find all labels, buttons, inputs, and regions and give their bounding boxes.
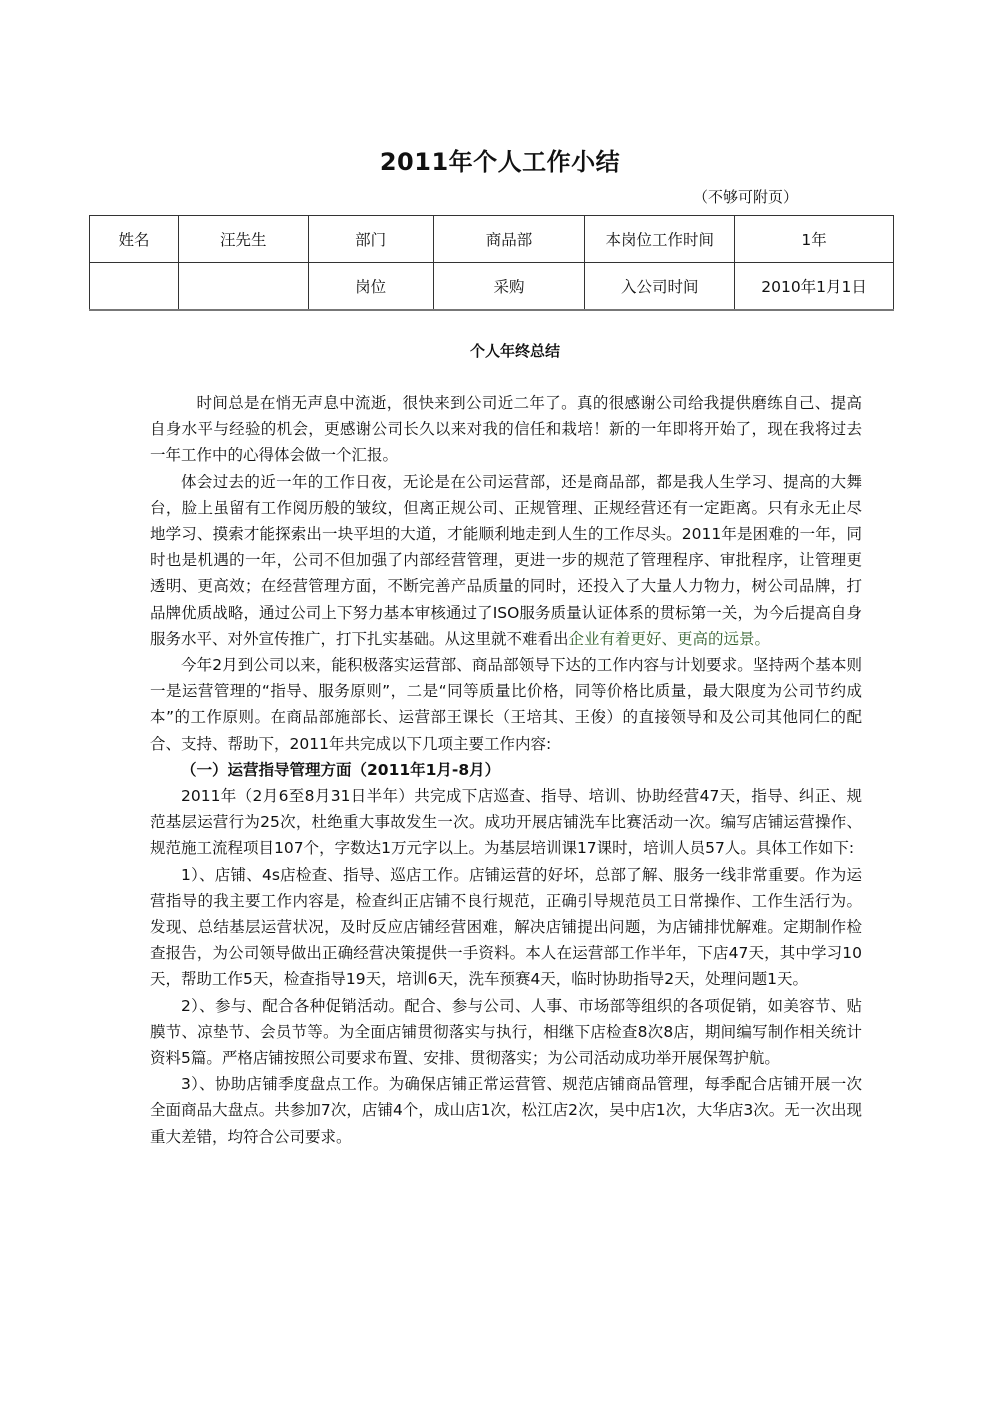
paragraph-item-2: 2）、参与、配合各种促销活动。配合、参与公司、人事、市场部等组织的各项促销，如美… — [150, 993, 862, 1072]
paragraph-text: 3）、协助店铺季度盘点工作。为确保店铺正常运营管、规范店铺商品管理，每季配合店铺… — [150, 1075, 862, 1145]
tenure-value-cell: 1年 — [735, 216, 894, 263]
paragraph-text: 今年2月到公司以来，能积极落实运营部、商品部领导下达的工作内容与计划要求。坚持两… — [150, 656, 862, 753]
highlighted-text: 企业有着更好、更高的远景。 — [569, 630, 771, 648]
paragraph-summary: 2011年（2月6至8月31日半年）共完成下店巡查、指导、培训、协助经营47天，… — [150, 783, 862, 862]
document-body: 时间总是在悄无声息中流逝，很快来到公司近二年了。真的很感谢公司给我提供磨练自己、… — [150, 390, 862, 1150]
department-value-cell: 商品部 — [433, 216, 585, 263]
section-title: 个人年终总结 — [0, 340, 1000, 361]
name-value-cell: 汪先生 — [178, 216, 308, 263]
paragraph-intro: 时间总是在悄无声息中流逝，很快来到公司近二年了。真的很感谢公司给我提供磨练自己、… — [150, 390, 862, 469]
heading-text: （一）运营指导管理方面（2011年1月-8月） — [181, 761, 500, 779]
document-title: 2011年个人工作小结 — [0, 142, 1000, 177]
paragraph-reflection: 体会过去的近一年的工作日夜，无论是在公司运营部，还是商品部，都是我人生学习、提高… — [150, 469, 862, 652]
paragraph-text: 2011年（2月6至8月31日半年）共完成下店巡查、指导、培训、协助经营47天，… — [150, 787, 862, 857]
empty-cell — [90, 263, 179, 311]
personal-info-table: 姓名 汪先生 部门 商品部 本岗位工作时间 1年 岗位 采购 入公司时间 201… — [89, 215, 894, 311]
paragraph-text: 体会过去的近一年的工作日夜，无论是在公司运营部，还是商品部，都是我人生学习、提高… — [150, 473, 862, 648]
table-row: 岗位 采购 入公司时间 2010年1月1日 — [90, 263, 894, 311]
paragraph-text: 1）、店铺、4s店检查、指导、巡店工作。店铺运营的好坏，总部了解、服务一线非常重… — [150, 866, 862, 989]
paragraph-item-3: 3）、协助店铺季度盘点工作。为确保店铺正常运营管、规范店铺商品管理，每季配合店铺… — [150, 1071, 862, 1150]
paragraph-text: 时间总是在悄无声息中流逝，很快来到公司近二年了。真的很感谢公司给我提供磨练自己、… — [150, 394, 862, 464]
attachment-note: （不够可附页） — [693, 186, 798, 207]
name-label-cell: 姓名 — [90, 216, 179, 263]
paragraph-overview: 今年2月到公司以来，能积极落实运营部、商品部领导下达的工作内容与计划要求。坚持两… — [150, 652, 862, 757]
empty-cell — [178, 263, 308, 311]
position-label-cell: 岗位 — [308, 263, 433, 311]
department-label-cell: 部门 — [308, 216, 433, 263]
join-date-label-cell: 入公司时间 — [585, 263, 735, 311]
position-value-cell: 采购 — [433, 263, 585, 311]
join-date-value-cell: 2010年1月1日 — [735, 263, 894, 311]
section-heading: （一）运营指导管理方面（2011年1月-8月） — [150, 757, 862, 783]
paragraph-text: 2）、参与、配合各种促销活动。配合、参与公司、人事、市场部等组织的各项促销，如美… — [150, 997, 862, 1067]
table-row: 姓名 汪先生 部门 商品部 本岗位工作时间 1年 — [90, 216, 894, 263]
tenure-label-cell: 本岗位工作时间 — [585, 216, 735, 263]
paragraph-item-1: 1）、店铺、4s店检查、指导、巡店工作。店铺运营的好坏，总部了解、服务一线非常重… — [150, 862, 862, 993]
